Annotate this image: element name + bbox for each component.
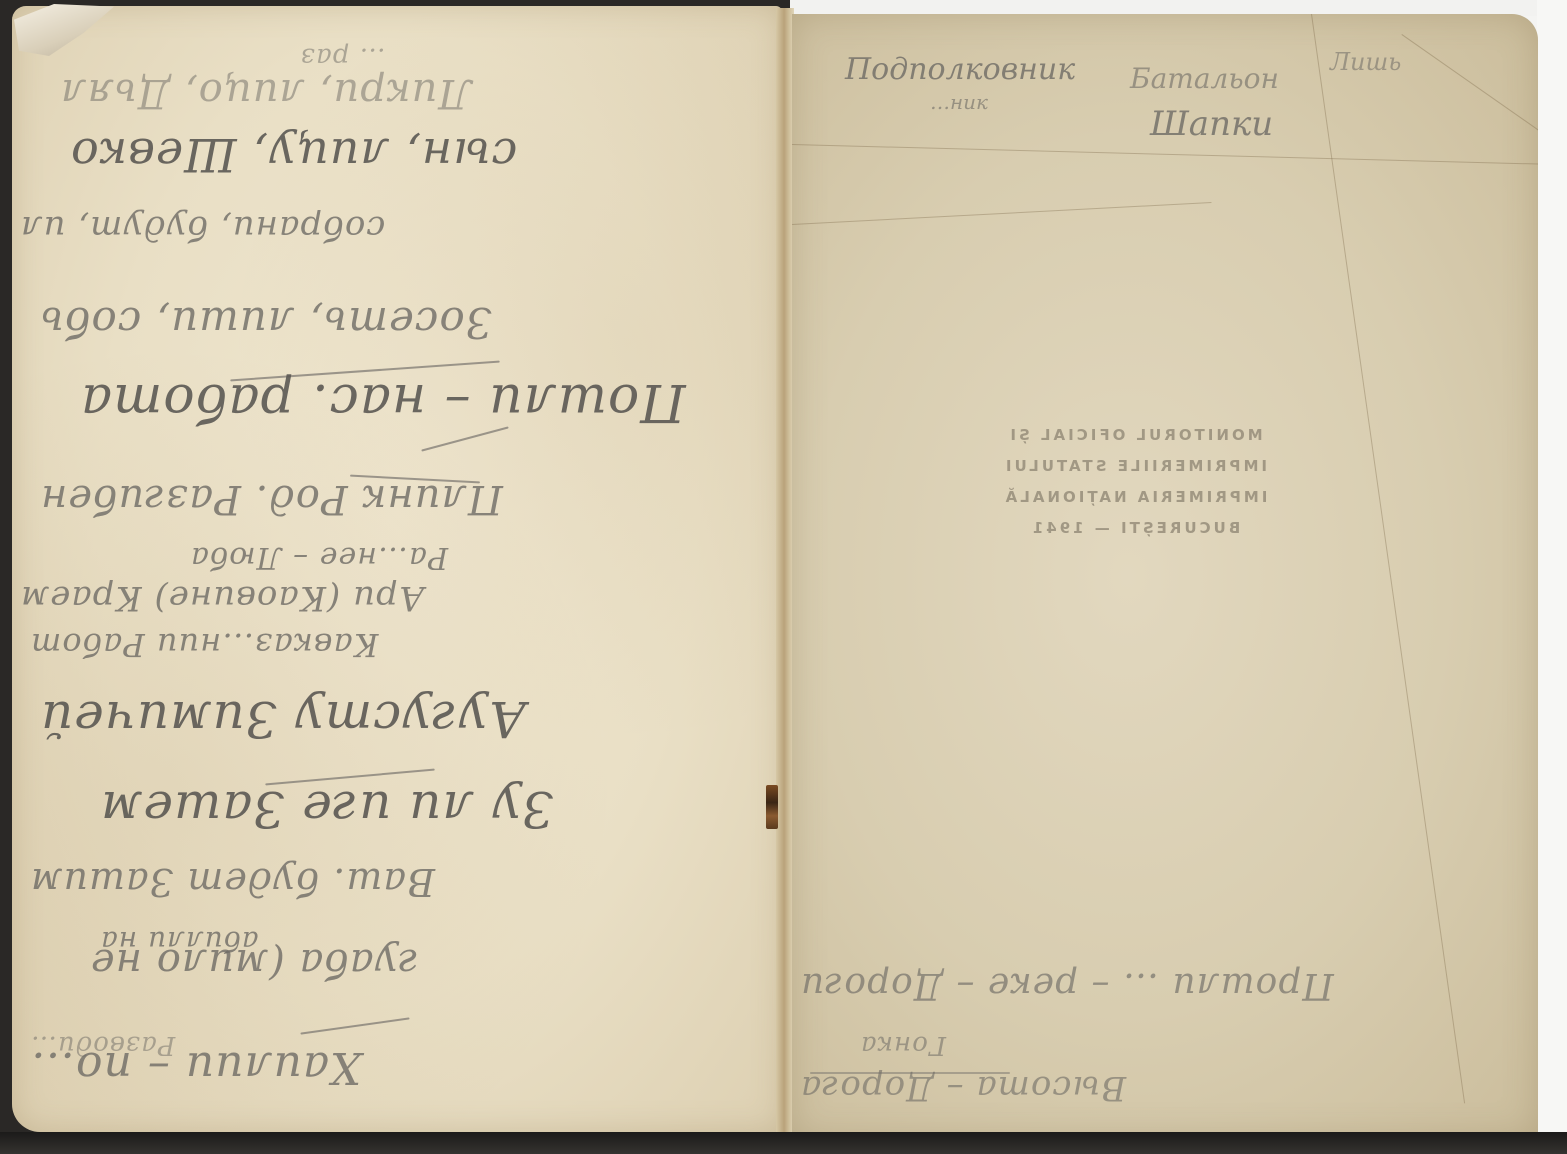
imprint-line: MONITORUL OFICIAL ȘI bbox=[990, 420, 1280, 451]
scan-margin-right bbox=[1537, 0, 1567, 1154]
binding-bottom-edge bbox=[0, 1132, 1567, 1154]
handwriting-line: Зу ли иге Зашем bbox=[100, 780, 553, 838]
handwriting-line: … раз bbox=[300, 42, 386, 72]
mirrored-printer-imprint: MONITORUL OFICIAL ȘI IMPRIMERIILE STATUL… bbox=[990, 420, 1280, 544]
handwriting-line: Ваш. будет Зашим bbox=[30, 860, 435, 904]
imprint-line: IMPRIMERIILE STATULUI bbox=[990, 451, 1280, 482]
handwriting-line: Ра…нее – Люба bbox=[190, 540, 448, 575]
handwriting-line: сын, лицу, Шевко bbox=[70, 128, 517, 182]
handwriting-line: Зосеть, лиши, собь bbox=[40, 298, 492, 347]
handwriting-line: Кавказ…нии Работ bbox=[30, 626, 378, 664]
handwriting-line: Плинк Род. Разгибен bbox=[40, 476, 503, 522]
footer-handwriting-line: Высота – Дорога bbox=[800, 1068, 1126, 1108]
rusty-staple bbox=[766, 785, 778, 829]
handwriting-line: абилли на bbox=[100, 925, 259, 958]
paper-crease bbox=[1311, 14, 1465, 1103]
handwriting-line: Аугусту Зимичей bbox=[40, 690, 526, 748]
paper-crease bbox=[792, 202, 1211, 225]
handwriting-line: собрани, будут, ил bbox=[20, 208, 385, 248]
signature-corner: Лишь bbox=[1330, 48, 1401, 76]
handwriting-line: Ликри, лицо, Дьял bbox=[60, 70, 472, 116]
imprint-line: IMPRIMERIA NAȚIONALĂ bbox=[990, 482, 1280, 513]
paper-crease bbox=[792, 144, 1538, 165]
footer-handwriting-line: Гонка bbox=[860, 1030, 946, 1060]
paper-crease bbox=[1401, 34, 1538, 150]
signature-name: Шапки bbox=[1150, 104, 1273, 144]
notebook-scan: … раз Ликри, лицо, Дьял сын, лицу, Шевко… bbox=[0, 0, 1567, 1154]
signature-unit: Батальон bbox=[1130, 62, 1279, 95]
footer-handwriting-line: Прошли … – реке – Дороги bbox=[800, 965, 1334, 1006]
handwriting-line: Пошли – нас. работа bbox=[80, 372, 686, 432]
handwriting-line: Ари (Каовине) Краем bbox=[20, 578, 424, 618]
imprint-line: BUCUREȘTI — 1941 bbox=[990, 513, 1280, 544]
handwriting-line: Разводи… bbox=[30, 1030, 175, 1060]
signature-subline: …ник bbox=[930, 90, 988, 114]
signature-rank: Подполковник bbox=[845, 52, 1075, 87]
